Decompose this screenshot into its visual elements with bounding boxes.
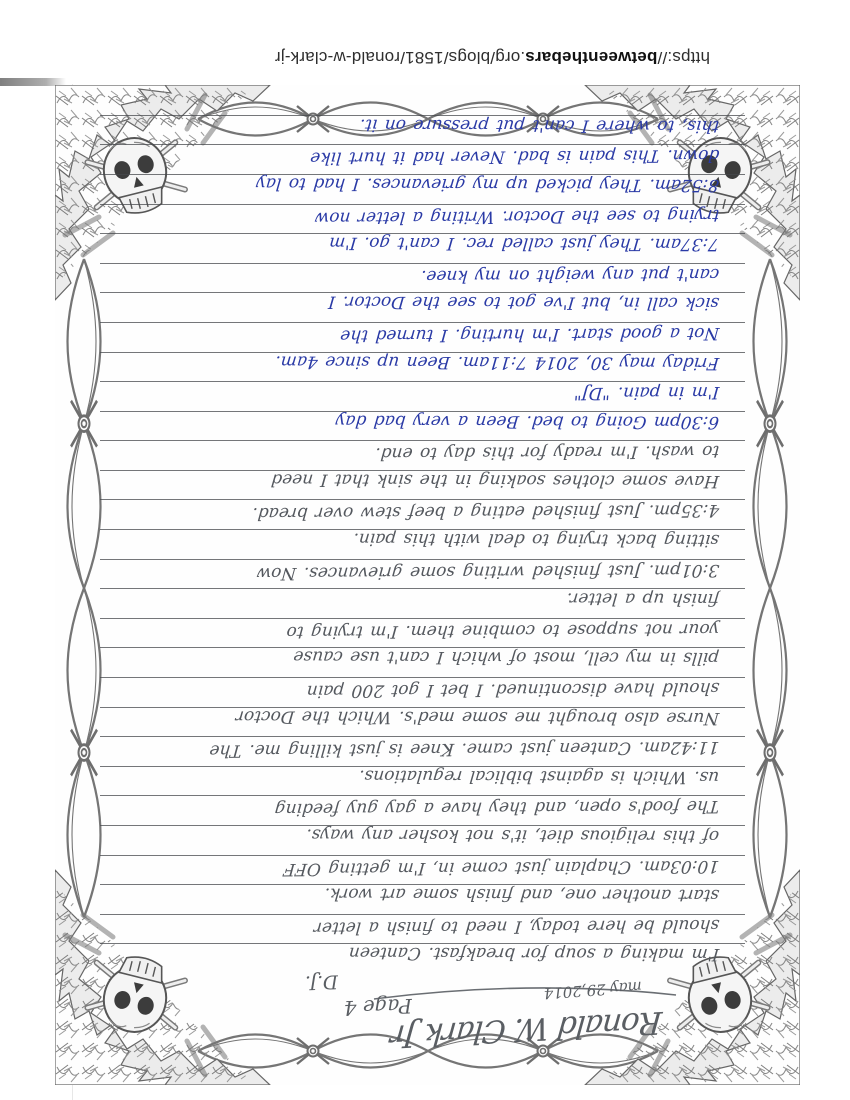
letter-line-text: to wash. I'm ready for this day to end. (374, 441, 720, 463)
letter-header: Ronald W. Clark Jr may 29,2014 Page 4 D.… (55, 965, 800, 1085)
letter-line: should be here today, I need to finish a… (100, 914, 745, 944)
letter-line: I'm making a soup for breakfast. Canteen (100, 943, 745, 973)
letter-line: 8:52am. They picked up my grievances. I … (100, 174, 745, 204)
letter-line: I'm in pain. "DJ" (100, 381, 745, 411)
letter-line-text: this, to where I can't put pressure on i… (359, 115, 720, 136)
letter-line-text: should have discontinued. I bet I got 20… (306, 678, 720, 701)
printed-source-url: https://betweenthebars.org/blogs/1581/ro… (158, 44, 710, 70)
letter-line-text: Nurse also brought me some med's. Which … (235, 706, 720, 728)
letter-line-text: of this religious diet, it's not kosher … (305, 825, 720, 846)
url-path: .org/blogs/1581/ronald-w-clark-jr (275, 48, 525, 67)
letter-line: 11:42am. Canteen just came. Knee is just… (100, 736, 745, 766)
letter-line: 7:37am. They just called rec. I can't go… (100, 233, 745, 263)
letter-line-text: The food's open, and they have a gay guy… (274, 796, 720, 819)
letter-line: trying to see the Doctor. Writing a lett… (100, 204, 745, 234)
letter-line: finish up a letter. (100, 588, 745, 618)
letter-line: Not a good start. I'm hurting. I turned … (100, 322, 745, 352)
letter-line-text: Not a good start. I'm hurting. I turned … (339, 323, 720, 346)
letter-line: this, to where I can't put pressure on i… (100, 115, 745, 145)
letter-line-text: down. This pain is bad. Never had it hur… (309, 145, 720, 168)
letter-line-text: finish up a letter. (566, 589, 720, 610)
page-number: Page 4 (343, 994, 412, 1020)
letter-line: Nurse also brought me some med's. Which … (100, 707, 745, 737)
letter-line-text: I'm in pain. "DJ" (573, 382, 720, 403)
letter-line: should have discontinued. I bet I got 20… (100, 677, 745, 707)
letter-line: down. This pain is bad. Never had it hur… (100, 144, 745, 174)
letter-line-text: Friday may 30, 2014 7:11am. Been up sinc… (274, 351, 720, 373)
letter-line: The food's open, and they have a gay guy… (100, 795, 745, 825)
url-site-name: betweenthebars (525, 48, 657, 67)
letter-line: can't put any weight on my knee. (100, 263, 745, 293)
letter-line-text: 11:42am. Canteen just came. Knee is just… (209, 737, 720, 761)
letter-line-text: Have some clothes soaking in the sink th… (270, 469, 720, 491)
url-prefix: https:// (657, 48, 710, 67)
letter-line-text: 10:03am. Chaplain just come in, I'm gett… (283, 856, 720, 879)
letter-line: start another one, and finish some art w… (100, 884, 745, 914)
scanned-letter-page: https://betweenthebars.org/blogs/1581/ro… (0, 0, 850, 1100)
letter-line-text: trying to see the Doctor. Writing a lett… (314, 205, 720, 228)
handwritten-letter: Ronald W. Clark Jr may 29,2014 Page 4 D.… (55, 85, 800, 1085)
letter-line-text: 3:01pm. Just finished writing some griev… (256, 560, 720, 583)
initials: D.J. (305, 970, 339, 993)
letter-line: 4:35pm. Just finished eating a beef stew… (100, 500, 745, 530)
letter-line-text: 7:37am. They just called rec. I can't go… (328, 233, 720, 254)
letter-line-text: sick call in, but I've got to see the Do… (328, 292, 720, 313)
letter-line: your not suppose to combine them. I'm tr… (100, 618, 745, 648)
letter-line: sick call in, but I've got to see the Do… (100, 292, 745, 322)
letter-line: Have some clothes soaking in the sink th… (100, 470, 745, 500)
signature: Ronald W. Clark Jr (390, 1004, 664, 1054)
letter-line-text: can't put any weight on my knee. (420, 264, 720, 286)
letter-line: us. Which is against biblical regulation… (100, 766, 745, 796)
letter-line-text: pills in my cell, most of which I can't … (292, 647, 720, 668)
letter-line-text: your not suppose to combine them. I'm tr… (286, 619, 720, 642)
letter-line-text: should be here today, I need to finish a… (313, 915, 720, 938)
letter-line-text: I'm making a soup for breakfast. Canteen (348, 943, 720, 964)
letter-body: I'm making a soup for breakfast. Canteen… (100, 115, 745, 973)
letter-line: pills in my cell, most of which I can't … (100, 647, 745, 677)
letter-line: 6:30pm Going to bed. Been a very bad day (100, 411, 745, 441)
letter-line-text: start another one, and finish some art w… (324, 884, 720, 905)
letter-line: 3:01pm. Just finished writing some griev… (100, 559, 745, 589)
letter-line: to wash. I'm ready for this day to end. (100, 440, 745, 470)
letter-line-text: us. Which is against biblical regulation… (358, 766, 720, 787)
letter-line-text: 8:52am. They picked up my grievances. I … (255, 173, 720, 195)
letter-line: 10:03am. Chaplain just come in, I'm gett… (100, 855, 745, 885)
letter-line-text: 6:30pm Going to bed. Been a very bad day (335, 410, 720, 431)
letter-line: sitting back trying to deal with this pa… (100, 529, 745, 559)
letter-line-text: 4:35pm. Just finished eating a beef stew… (252, 501, 720, 524)
letter-line: of this religious diet, it's not kosher … (100, 825, 745, 855)
letter-line-text: sitting back trying to deal with this pa… (352, 529, 720, 550)
letter-line: Friday may 30, 2014 7:11am. Been up sinc… (100, 352, 745, 382)
